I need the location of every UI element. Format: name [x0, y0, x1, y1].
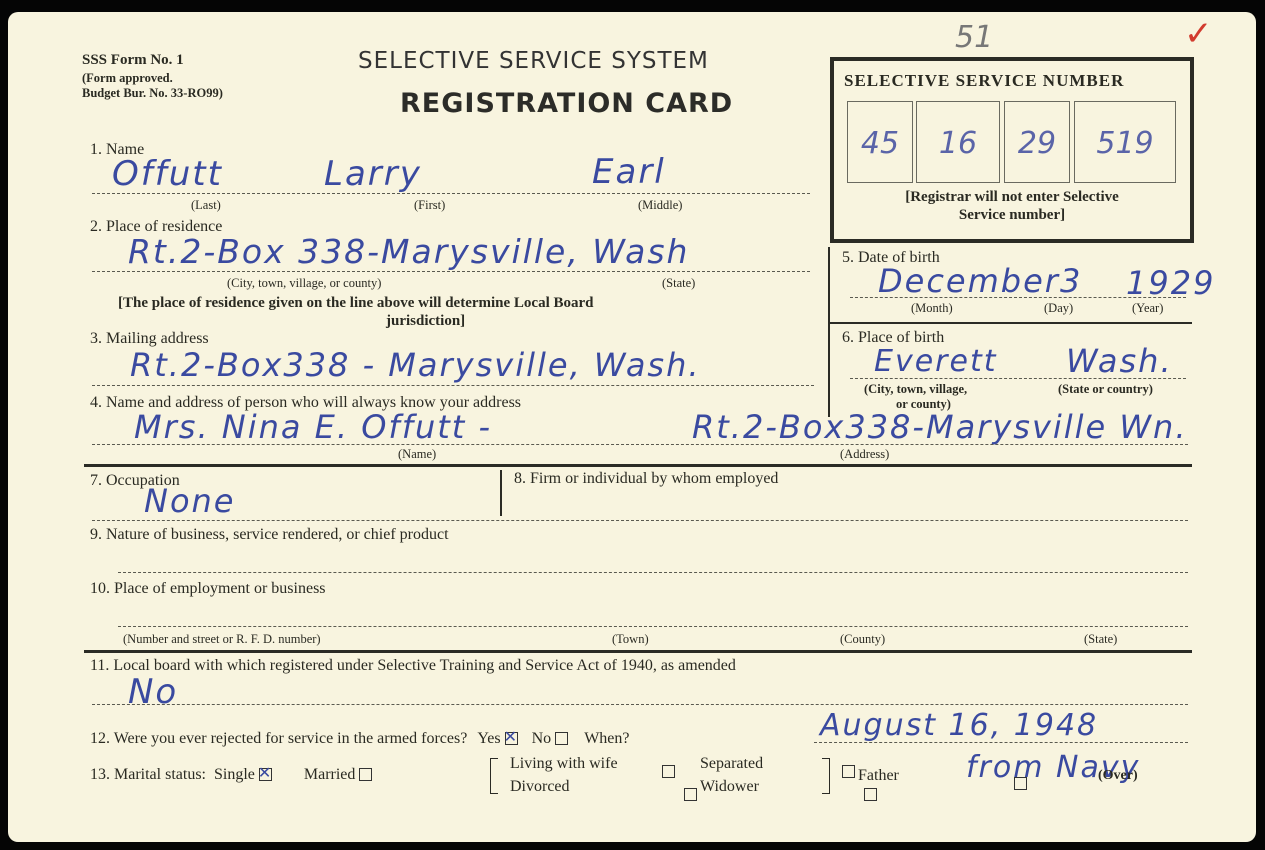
dob-month-value: December [878, 262, 1060, 300]
registration-card: SSS Form No. 1 (Form approved. Budget Bu… [8, 12, 1256, 842]
state-caption: (State) [1084, 632, 1117, 647]
agency-title: SELECTIVE SERVICE SYSTEM [358, 48, 709, 74]
dob-day-value: 3 [1060, 262, 1082, 300]
local-board-value: No [128, 672, 178, 712]
marital-row: 13. Marital status: Single Married [90, 766, 372, 784]
married-label: Married [304, 766, 356, 783]
first-name-value: Larry [324, 154, 422, 194]
residence-state-caption: (State) [662, 276, 695, 291]
column-divider [828, 247, 830, 417]
ssn-part-4: 519 [1074, 101, 1176, 183]
occupation-divider [500, 470, 502, 516]
budget-number: Budget Bur. No. 33-RO99) [82, 86, 223, 101]
over-label: (Over) [1098, 768, 1138, 784]
local-board-line [92, 704, 1188, 705]
check-mark-icon: ✓ [1184, 14, 1213, 54]
rejected-label: 12. Were you ever rejected for service i… [90, 730, 467, 747]
dob-month-caption: (Month) [911, 301, 953, 316]
contact-address-caption: (Address) [840, 447, 889, 462]
employment-place-line [118, 626, 1188, 627]
dob-day-caption: (Day) [1044, 301, 1073, 316]
occupation-line [92, 520, 1188, 521]
rejected-no-checkbox[interactable] [555, 732, 568, 745]
marital-label: 13. Marital status: [90, 766, 206, 783]
page-title: REGISTRATION CARD [400, 88, 733, 119]
pob-line [850, 378, 1186, 379]
business-line [118, 572, 1188, 573]
employer-label: 8. Firm or individual by whom employed [514, 470, 778, 488]
separated-checkbox[interactable] [842, 765, 855, 778]
residence-note-2: jurisdiction] [386, 313, 465, 330]
living-with-wife-label: Living with wife [510, 755, 618, 773]
street-caption: (Number and street or R. F. D. number) [123, 632, 321, 647]
when-label: When? [584, 730, 629, 747]
residence-line [92, 271, 810, 272]
father-label: Father [858, 767, 899, 785]
residence-value: Rt.2-Box 338-Marysville, Wash [128, 232, 689, 271]
pob-state-value: Wash. [1066, 342, 1173, 380]
rejected-when-value: August 16, 1948 [820, 708, 1098, 743]
county-caption: (County) [840, 632, 885, 647]
when-line [814, 742, 1188, 743]
single-label: Single [214, 766, 255, 783]
rejected-row: 12. Were you ever rejected for service i… [90, 730, 630, 748]
occupation-value: None [144, 482, 235, 520]
employment-place-label: 10. Place of employment or business [90, 580, 326, 598]
ssn-part-3: 29 [1004, 101, 1070, 183]
form-approved: (Form approved. [82, 71, 173, 86]
pob-state-caption: (State or country) [1058, 382, 1153, 397]
ssn-title: SELECTIVE SERVICE NUMBER [844, 71, 1124, 91]
form-number: SSS Form No. 1 [82, 52, 184, 69]
separated-label: Separated [700, 755, 763, 773]
pob-city-caption-1: (City, town, village, [864, 382, 967, 397]
dob-divider [828, 322, 1192, 324]
contact-line [92, 444, 1188, 445]
right-bracket [822, 758, 830, 794]
mailing-value: Rt.2-Box338 - Marysville, Wash. [130, 346, 701, 384]
pob-city-value: Everett [874, 344, 997, 379]
local-board-label: 11. Local board with which registered un… [90, 657, 736, 675]
last-name-value: Offutt [112, 154, 223, 194]
town-caption: (Town) [612, 632, 649, 647]
name-line [92, 193, 810, 194]
ssn-box: SELECTIVE SERVICE NUMBER 45 16 29 519 [R… [830, 57, 1194, 243]
contact-address-value: Rt.2-Box338-Marysville Wn. [692, 408, 1188, 446]
contact-name-value: Mrs. Nina E. Offutt - [134, 408, 492, 446]
dob-year-caption: (Year) [1132, 301, 1163, 316]
mailing-line [92, 385, 814, 386]
widower-checkbox[interactable] [864, 788, 877, 801]
ssn-note-1: [Registrar will not enter Selective [834, 189, 1190, 206]
contact-name-caption: (Name) [398, 447, 436, 462]
first-caption: (First) [414, 198, 445, 213]
single-checkbox[interactable] [259, 768, 272, 781]
rejected-yes-label: Yes [477, 730, 500, 747]
divorced-checkbox[interactable] [684, 788, 697, 801]
left-bracket [490, 758, 498, 794]
residence-city-caption: (City, town, village, or county) [227, 276, 381, 291]
middle-name-value: Earl [592, 152, 666, 192]
living-with-wife-checkbox[interactable] [662, 765, 675, 778]
section-divider-2 [84, 650, 1192, 653]
residence-note-1: [The place of residence given on the lin… [118, 295, 594, 312]
divorced-label: Divorced [510, 778, 570, 796]
ssn-part-2: 16 [916, 101, 1000, 183]
ssn-note-2: Service number] [834, 207, 1190, 224]
rejected-no-label: No [532, 730, 552, 747]
business-label: 9. Nature of business, service rendered,… [90, 526, 449, 544]
married-checkbox[interactable] [359, 768, 372, 781]
section-divider-1 [84, 464, 1192, 467]
last-caption: (Last) [191, 198, 221, 213]
dob-line [850, 297, 1186, 298]
middle-caption: (Middle) [638, 198, 682, 213]
rejected-yes-checkbox[interactable] [505, 732, 518, 745]
corner-mark: 51 [955, 20, 993, 55]
widower-label: Widower [700, 778, 759, 796]
ssn-part-1: 45 [847, 101, 913, 183]
